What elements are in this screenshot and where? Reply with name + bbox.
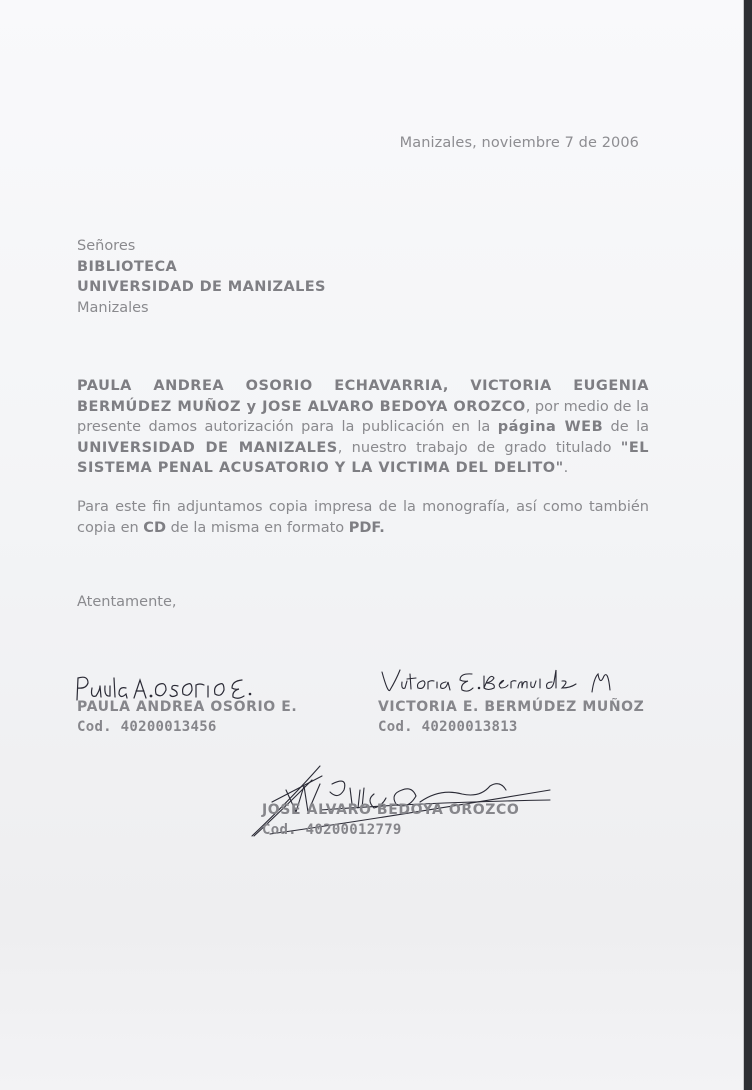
pdf-emphasis: PDF. [349,520,385,536]
authorization-paragraph: PAULA ANDREA OSORIO ECHAVARRIA, VICTORIA… [77,376,649,479]
signatory-name: PAULA ANDREA OSORIO E. [77,697,297,717]
web-page-emphasis: página WEB [498,419,603,435]
cd-emphasis: CD [143,520,166,536]
signatory-victoria: VICTORIA E. BERMÚDEZ MUÑOZ Cod. 40200013… [378,697,644,737]
signatory-code: Cod. 40200012779 [262,820,519,840]
paragraph-text: . [564,460,569,476]
recipient-city: Manizales [77,298,326,319]
salutation: Señores [77,236,326,257]
paragraph-text: de la misma en formato [166,520,349,536]
signatory-code: Cod. 40200013456 [77,717,297,737]
recipient-line-2: UNIVERSIDAD DE MANIZALES [77,277,326,298]
recipient-block: Señores BIBLIOTECA UNIVERSIDAD DE MANIZA… [77,236,326,318]
attachment-paragraph: Para este fin adjuntamos copia impresa d… [77,497,649,538]
signatory-code: Cod. 40200013813 [378,717,644,737]
paragraph-text: de la [603,419,649,435]
closing: Atentamente, [77,594,176,610]
letter-page: Manizales, noviembre 7 de 2006 Señores B… [0,0,743,1090]
signatory-jose: JOSE ALVARO BEDOYA OROZCO Cod. 402000127… [262,800,519,840]
signatory-name: JOSE ALVARO BEDOYA OROZCO [262,800,519,820]
signatory-paula: PAULA ANDREA OSORIO E. Cod. 40200013456 [77,697,297,737]
university-emphasis: UNIVERSIDAD DE MANIZALES [77,440,338,456]
paragraph-text: , nuestro trabajo de grado titulado [338,440,621,456]
recipient-line-1: BIBLIOTECA [77,257,326,278]
letter-date: Manizales, noviembre 7 de 2006 [400,135,639,151]
signatory-name: VICTORIA E. BERMÚDEZ MUÑOZ [378,697,644,717]
scanner-edge [743,0,752,1090]
